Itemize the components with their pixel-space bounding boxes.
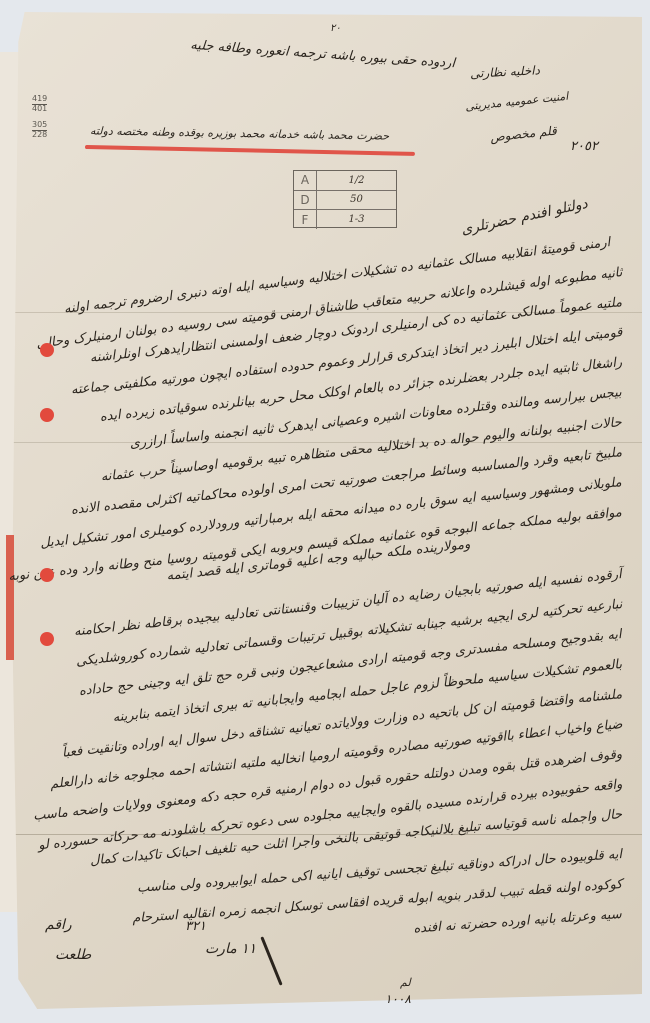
bottom-mark: لم: [400, 977, 411, 988]
stamp-row-a: A 1/2: [294, 171, 396, 191]
margin-red-mark: [6, 535, 14, 660]
stamp-row-d: D 50: [294, 191, 396, 211]
ministry-name: داخلیه نظارتی: [470, 64, 540, 80]
paper-crease: [12, 442, 642, 443]
red-margin-dot: [40, 632, 54, 646]
signature-title: راقم: [45, 918, 72, 932]
red-margin-dot: [40, 408, 54, 422]
pencil-note-1: 419 401: [32, 95, 47, 114]
stamp-row-f: F 1-3: [294, 210, 396, 229]
pencil-note-2: 305 228: [32, 121, 47, 140]
red-margin-dot: [40, 343, 54, 357]
date-signature: ١١ مارت: [205, 942, 256, 956]
red-margin-dot: [40, 568, 54, 582]
date-number: ٣٢١: [185, 920, 206, 933]
bottom-number: ١٠٠٨: [385, 993, 411, 1005]
document-number: ٢٠٥٢: [570, 140, 598, 153]
archive-reference-stamp: A 1/2 D 50 F 1-3: [293, 170, 397, 228]
signature-name: طلعت: [55, 948, 91, 962]
top-mark: ٢٠: [330, 24, 341, 34]
